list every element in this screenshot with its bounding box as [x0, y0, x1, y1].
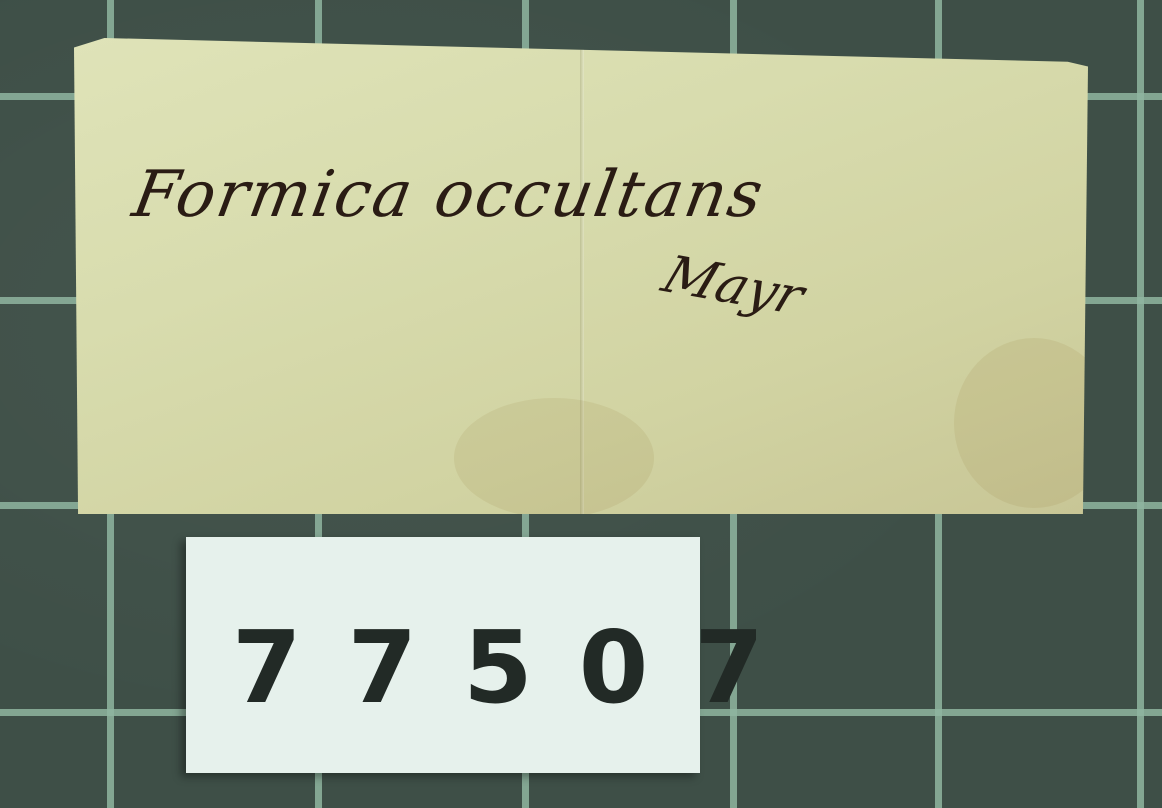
grid-line: [1137, 0, 1144, 808]
catalog-number: 77507: [186, 609, 700, 726]
catalog-number-label: 77507: [186, 537, 700, 773]
species-name: Formica occultans: [127, 158, 769, 232]
handwritten-specimen-label: Formica occultans Mayr: [74, 38, 1088, 514]
paper-stain: [454, 398, 654, 518]
author-name: Mayr: [655, 245, 812, 326]
